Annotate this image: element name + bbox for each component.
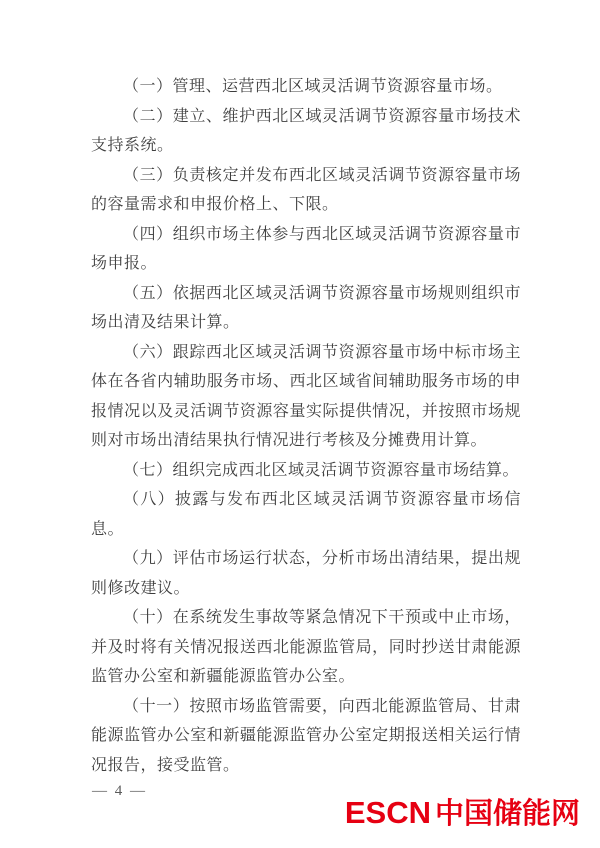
paragraph-04: （四）组织市场主体参与西北区域灵活调节资源容量市场申报。 <box>91 220 521 279</box>
logo-latin-text: ESCN <box>345 795 431 830</box>
document-page: （一）管理、运营西北区域灵活调节资源容量市场。 （二）建立、维护西北区域灵活调节… <box>0 0 600 848</box>
logo-chinese-text: 中国储能网 <box>435 798 580 830</box>
paragraph-07: （七）组织完成西北区域灵活调节资源容量市场结算。 <box>91 456 521 486</box>
paragraph-10: （十）在系统发生事故等紧急情况下干预或中止市场，并及时将有关情况报送西北能源监管… <box>91 603 521 692</box>
paragraph-01: （一）管理、运营西北区域灵活调节资源容量市场。 <box>91 72 521 102</box>
document-body: （一）管理、运营西北区域灵活调节资源容量市场。 （二）建立、维护西北区域灵活调节… <box>91 72 521 780</box>
paragraph-09: （九）评估市场运行状态，分析市场出清结果，提出规则修改建议。 <box>91 544 521 603</box>
paragraph-06: （六）跟踪西北区域灵活调节资源容量市场中标市场主体在各省内辅助服务市场、西北区域… <box>91 338 521 456</box>
paragraph-03: （三）负责核定并发布西北区域灵活调节资源容量市场的容量需求和申报价格上、下限。 <box>91 161 521 220</box>
paragraph-02: （二）建立、维护西北区域灵活调节资源容量市场技术支持系统。 <box>91 102 521 161</box>
paragraph-05: （五）依据西北区域灵活调节资源容量市场规则组织市场出清及结果计算。 <box>91 279 521 338</box>
page-number: — 4 — <box>92 783 147 800</box>
escn-logo: ESCN中国储能网 <box>345 797 580 829</box>
paragraph-11: （十一）按照市场监管需要，向西北能源监管局、甘肃能源监管办公室和新疆能源监管办公… <box>91 692 521 781</box>
paragraph-08: （八）披露与发布西北区域灵活调节资源容量市场信息。 <box>91 485 521 544</box>
